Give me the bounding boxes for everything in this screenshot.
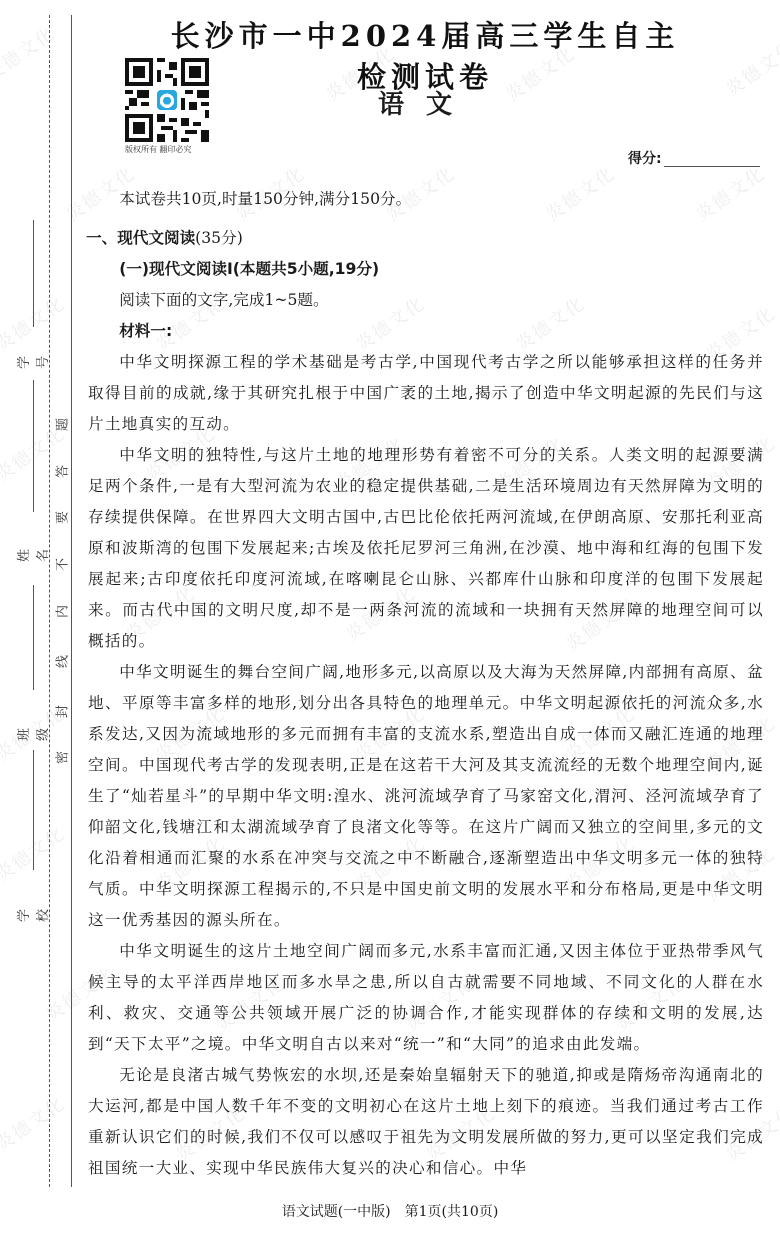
class-label: 班级	[13, 721, 51, 741]
footer-page-info: 第1页(共10页)	[405, 1204, 499, 1220]
subject-title: 语文	[378, 84, 474, 121]
qr-code-icon	[125, 58, 209, 142]
seal-char: 题	[52, 416, 71, 434]
paragraph: 中华文明诞生的这片土地空间广阔而多元,水系丰富而汇通,又因主体位于亚热带季风气候…	[88, 936, 764, 1060]
section-points: (35分)	[195, 229, 243, 247]
seal-char: 内	[52, 603, 71, 621]
name-label: 姓名	[13, 542, 51, 562]
score-blank[interactable]	[664, 166, 760, 167]
subsection-title: (一)现代文阅读Ⅰ(本题共5小题,19分)	[88, 254, 764, 285]
seal-char: 答	[52, 463, 71, 481]
section-title: 一、现代文阅读	[86, 229, 195, 247]
school-label: 学校	[13, 902, 51, 922]
paragraph: 中华文明的独特性,与这片土地的地理形势有着密不可分的关系。人类文明的起源要满足两…	[88, 440, 764, 657]
paragraph: 中华文明探源工程的学术基础是考古学,中国现代考古学之所以能够承担这样的任务并取得…	[88, 347, 764, 440]
school-field[interactable]	[33, 750, 34, 870]
class-field[interactable]	[33, 585, 34, 690]
watermark: 炎德文化	[720, 34, 780, 101]
watermark: 炎德文化	[0, 1089, 70, 1156]
exam-content: 本试卷共10页,时量150分钟,满分150分。 一、现代文阅读(35分) (一)…	[88, 184, 764, 1184]
watermark: 炎德文化	[0, 819, 70, 886]
footer-exam-name: 语文试题(一中版)	[282, 1204, 391, 1220]
seal-char: 线	[52, 653, 71, 671]
page-footer: 语文试题(一中版)第1页(共10页)	[0, 1201, 780, 1221]
seal-char: 封	[52, 703, 71, 721]
material-label: 材料一:	[88, 316, 764, 347]
seal-char: 密	[52, 749, 71, 767]
paragraph: 中华文明诞生的舞台空间广阔,地形多元,以高原以及大海为天然屏障,内部拥有高原、盆…	[88, 657, 764, 936]
seal-dotted-line	[49, 15, 50, 1187]
copyright-caption: 版权所有 翻印必究	[125, 144, 215, 155]
reading-instruction: 阅读下面的文字,完成1~5题。	[88, 285, 764, 316]
seal-char: 不	[52, 556, 71, 574]
score-label: 得分:	[628, 151, 662, 167]
exam-intro: 本试卷共10页,时量150分钟,满分150分。	[88, 184, 764, 215]
seal-char: 要	[52, 509, 71, 527]
name-field[interactable]	[33, 380, 34, 512]
watermark: 炎德文化	[0, 19, 60, 86]
score-field: 得分:	[628, 148, 760, 168]
student-id-field[interactable]	[33, 220, 34, 327]
seal-solid-line	[71, 15, 72, 1187]
section-heading: 一、现代文阅读(35分)	[86, 223, 764, 254]
paragraph: 无论是良渚古城气势恢宏的水坝,还是秦始皇辐射天下的驰道,抑或是隋炀帝沟通南北的大…	[88, 1060, 764, 1184]
student-id-label: 学号	[13, 349, 51, 369]
